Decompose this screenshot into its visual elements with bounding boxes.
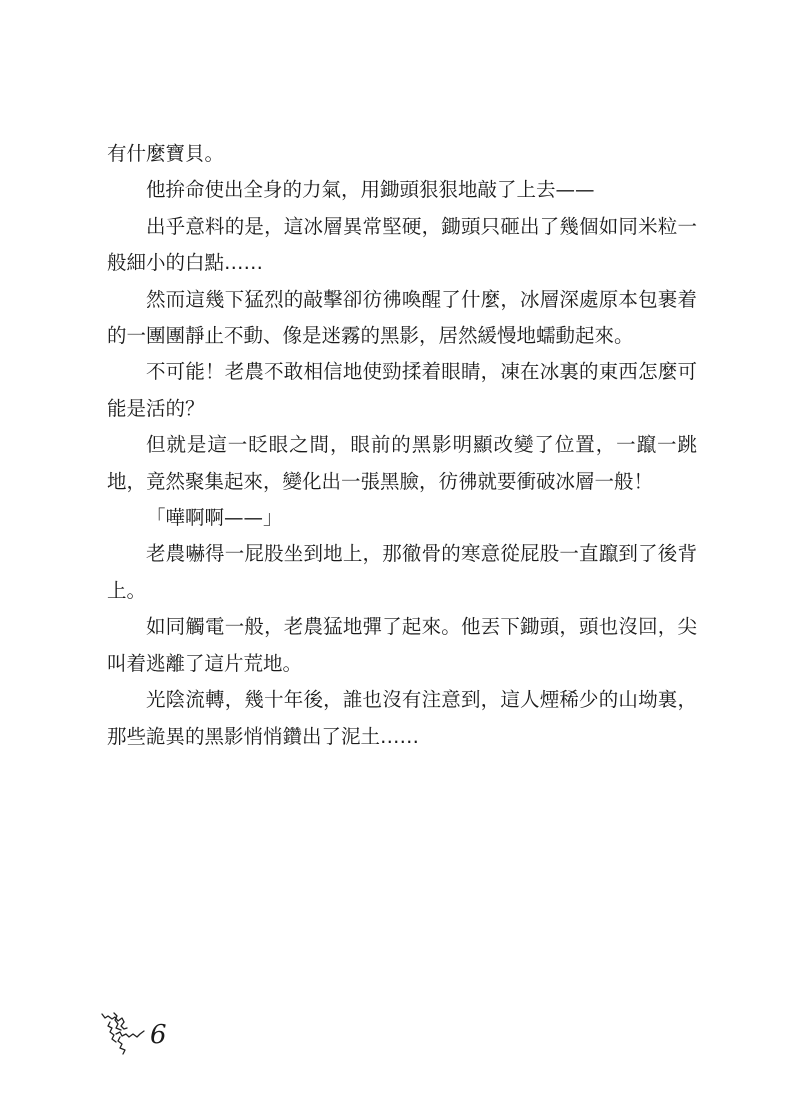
paragraph: 不可能！老農不敢相信地使勁揉着眼睛，凍在冰裏的東西怎麼可能是活的？ xyxy=(107,354,697,427)
paragraph: 但就是這一眨眼之間，眼前的黑影明顯改變了位置，一躥一跳地，竟然聚集起來，變化出一… xyxy=(107,427,697,500)
page-footer: 6 xyxy=(100,1010,167,1056)
paragraph: 有什麼寶貝。 xyxy=(107,136,697,172)
paragraph: 光陰流轉，幾十年後，誰也沒有注意到，這人煙稀少的山坳裏，那些詭異的黑影悄悄鑽出了… xyxy=(107,682,697,755)
paragraph: 然而這幾下猛烈的敲擊卻彷彿喚醒了什麼，冰層深處原本包裹着的一團團靜止不動、像是迷… xyxy=(107,282,697,355)
crack-ornament-icon xyxy=(100,1010,148,1056)
page-body: 有什麼寶貝。 他拚命使出全身的力氣，用鋤頭狠狠地敲了上去—— 出乎意料的是，這冰… xyxy=(107,136,697,755)
page-number: 6 xyxy=(150,1022,167,1048)
paragraph: 他拚命使出全身的力氣，用鋤頭狠狠地敲了上去—— xyxy=(107,172,697,208)
paragraph: 出乎意料的是，這冰層異常堅硬，鋤頭只砸出了幾個如同米粒一般細小的白點…… xyxy=(107,209,697,282)
paragraph: 「嘩啊啊——」 xyxy=(107,500,697,536)
paragraph: 老農嚇得一屁股坐到地上，那徹骨的寒意從屁股一直躥到了後背上。 xyxy=(107,536,697,609)
paragraph: 如同觸電一般，老農猛地彈了起來。他丟下鋤頭，頭也沒回，尖叫着逃離了這片荒地。 xyxy=(107,609,697,682)
